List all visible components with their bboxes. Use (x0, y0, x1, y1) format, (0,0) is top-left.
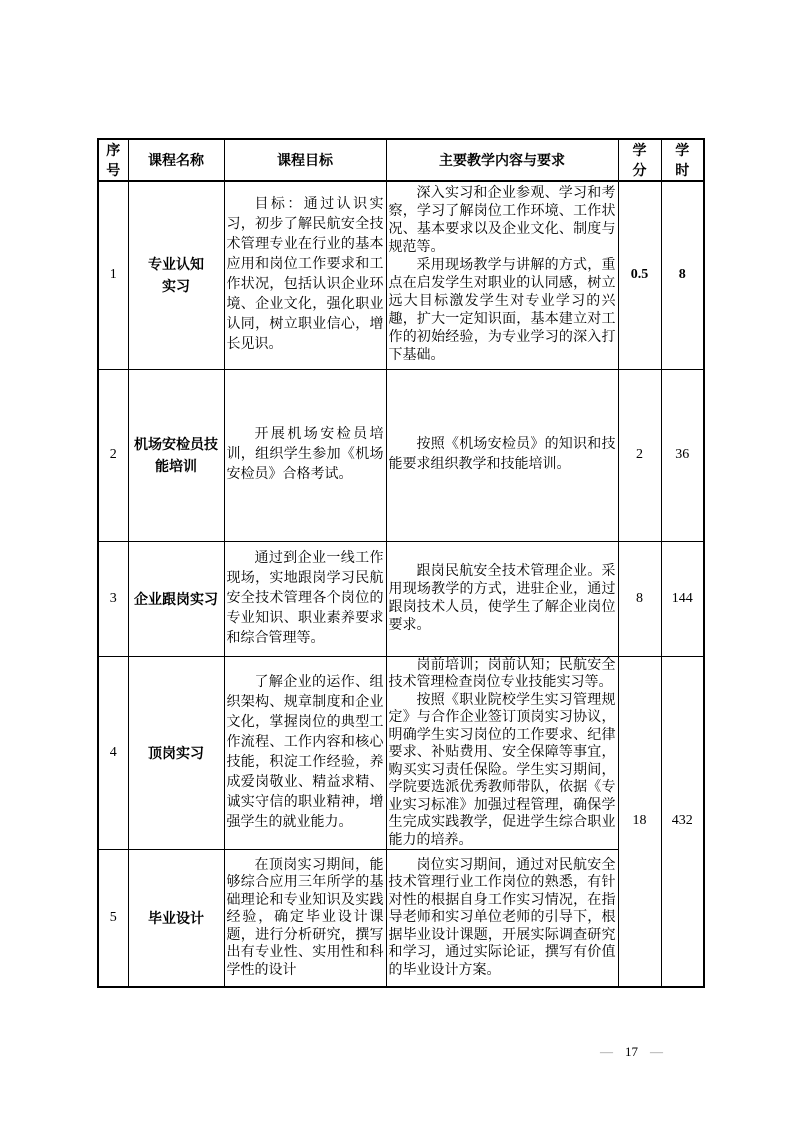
header-course-objective: 课程目标 (224, 139, 386, 181)
row-3-content: 跟岗民航安全技术管理企业。采用现场教学的方式，进驻企业，通过跟岗技术人员，使学生… (386, 541, 618, 656)
row-4-objective: 了解企业的运作、组织架构、规章制度和企业文化，掌握岗位的典型工作流程、工作内容和… (224, 656, 386, 850)
table-row-5: 5 毕业设计 在顶岗实习期间，能够综合应用三年所学的基础理论和专业知识及实践经验… (98, 850, 704, 987)
row-1-objective-paragraph: 目标：通过认识实习，初步了解民航安全技术管理专业在行业的基本应用和岗位工作要求和… (227, 195, 384, 355)
row-3-course-name: 企业跟岗实习 (128, 541, 224, 656)
row-4-content-paragraph-2: 按照《职业院校学生实习管理规定》与合作企业签订顶岗实习协议，明确学生实习岗位的工… (389, 692, 616, 850)
header-hours-label: 学时 (674, 140, 691, 180)
header-serial-number: 序号 (98, 139, 128, 181)
row-1-hours: 8 (661, 181, 704, 369)
row-2-content: 按照《机场安检员》的知识和技能要求组织教学和技能培训。 (386, 369, 618, 541)
row-5-objective: 在顶岗实习期间，能够综合应用三年所学的基础理论和专业知识及实践经验，确定毕业设计… (224, 850, 386, 987)
header-course-name-label: 课程名称 (148, 152, 204, 168)
table-row-3: 3 企业跟岗实习 通过到企业一线工作现场，实地跟岗学习民航安全技术管理各个岗位的… (98, 541, 704, 656)
row-1-number: 1 (98, 181, 128, 369)
row-5-content: 岗位实习期间，通过对民航安全技术管理行业工作岗位的熟悉，有针对性的根据自身工作实… (386, 850, 618, 987)
row-4-5-credits: 18 (618, 656, 661, 987)
row-1-course-name: 专业认知 实习 (128, 181, 224, 369)
row-2-content-paragraph: 按照《机场安检员》的知识和技能要求组织教学和技能培训。 (389, 435, 616, 475)
row-3-content-paragraph: 跟岗民航安全技术管理企业。采用现场教学的方式，进驻企业，通过跟岗技术人员，使学生… (389, 563, 616, 635)
row-2-credits: 2 (618, 369, 661, 541)
row-3-credits: 8 (618, 541, 661, 656)
row-1-credits: 0.5 (618, 181, 661, 369)
header-course-name: 课程名称 (128, 139, 224, 181)
row-4-content-paragraph-1: 岗前培训；岗前认知；民航安全技术管理检查岗位专业技能实习等。 (389, 657, 616, 692)
row-5-number: 5 (98, 850, 128, 987)
curriculum-table: 序号 课程名称 课程目标 主要教学内容与要求 学分 学时 1 专业认知 实习 目… (97, 138, 705, 988)
footer-right-dash: — (650, 1044, 663, 1059)
page-footer: —17— (600, 1044, 663, 1060)
row-1-content: 深入实习和企业参观、学习和考察，学习了解岗位工作环境、工作状况、基本要求以及企业… (386, 181, 618, 369)
row-4-5-hours: 432 (661, 656, 704, 987)
header-course-objective-label: 课程目标 (277, 152, 333, 168)
footer-left-dash: — (600, 1044, 613, 1059)
header-credits: 学分 (618, 139, 661, 181)
header-teaching-content-label: 主要教学内容与要求 (439, 152, 565, 168)
row-2-number: 2 (98, 369, 128, 541)
header-serial-number-label: 序号 (105, 140, 122, 180)
table-row-1: 1 专业认知 实习 目标：通过认识实习，初步了解民航安全技术管理专业在行业的基本… (98, 181, 704, 369)
header-hours: 学时 (661, 139, 704, 181)
row-2-objective: 开展机场安检员培训，组织学生参加《机场安检员》合格考试。 (224, 369, 386, 541)
row-2-course-name: 机场安检员技 能培训 (128, 369, 224, 541)
row-5-content-paragraph: 岗位实习期间，通过对民航安全技术管理行业工作岗位的熟悉，有针对性的根据自身工作实… (389, 857, 616, 980)
row-3-hours: 144 (661, 541, 704, 656)
row-5-course-name: 毕业设计 (128, 850, 224, 987)
row-4-number: 4 (98, 656, 128, 850)
row-3-objective-paragraph: 通过到企业一线工作现场，实地跟岗学习民航安全技术管理各个岗位的专业知识、职业素养… (227, 549, 384, 649)
row-1-content-paragraph-2: 采用现场教学与讲解的方式，重点在启发学生对职业的认同感，树立远大目标激发学生对专… (389, 257, 616, 365)
table-row-2: 2 机场安检员技 能培训 开展机场安检员培训，组织学生参加《机场安检员》合格考试… (98, 369, 704, 541)
row-4-course-name: 顶岗实习 (128, 656, 224, 850)
page-number: 17 (625, 1044, 638, 1059)
row-1-content-paragraph-1: 深入实习和企业参观、学习和考察，学习了解岗位工作环境、工作状况、基本要求以及企业… (389, 185, 616, 257)
row-4-objective-paragraph: 了解企业的运作、组织架构、规章制度和企业文化，掌握岗位的典型工作流程、工作内容和… (227, 673, 384, 833)
row-2-objective-paragraph: 开展机场安检员培训，组织学生参加《机场安检员》合格考试。 (227, 425, 384, 485)
table-row-4: 4 顶岗实习 了解企业的运作、组织架构、规章制度和企业文化，掌握岗位的典型工作流… (98, 656, 704, 850)
row-4-content: 岗前培训；岗前认知；民航安全技术管理检查岗位专业技能实习等。 按照《职业院校学生… (386, 656, 618, 850)
document-page: 序号 课程名称 课程目标 主要教学内容与要求 学分 学时 1 专业认知 实习 目… (0, 0, 793, 1122)
header-credits-label: 学分 (631, 140, 648, 180)
row-3-objective: 通过到企业一线工作现场，实地跟岗学习民航安全技术管理各个岗位的专业知识、职业素养… (224, 541, 386, 656)
row-3-number: 3 (98, 541, 128, 656)
row-1-objective: 目标：通过认识实习，初步了解民航安全技术管理专业在行业的基本应用和岗位工作要求和… (224, 181, 386, 369)
header-teaching-content: 主要教学内容与要求 (386, 139, 618, 181)
row-5-objective-paragraph: 在顶岗实习期间，能够综合应用三年所学的基础理论和专业知识及实践经验，确定毕业设计… (227, 857, 384, 980)
row-2-hours: 36 (661, 369, 704, 541)
header-row: 序号 课程名称 课程目标 主要教学内容与要求 学分 学时 (98, 139, 704, 181)
